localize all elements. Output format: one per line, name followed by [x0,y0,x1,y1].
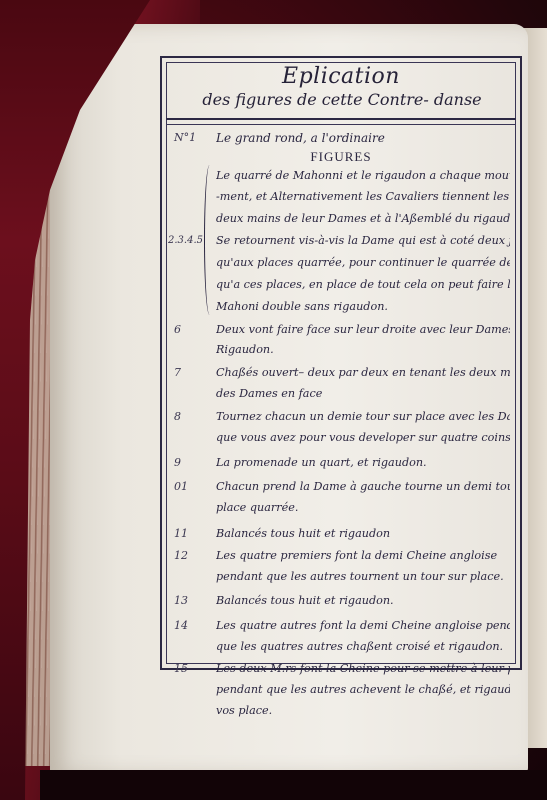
page-title: Eplication [166,64,516,89]
ruled-frame: Eplication des figures de cette Contre- … [160,56,522,670]
row-text: Les quatre premiers font la demi Cheine … [216,549,510,562]
row-number: 6 [174,323,210,336]
row-text: Chaßés ouvert– deux par deux en tenant l… [216,366,510,379]
row-number: 2.3.4.5 [168,235,204,246]
row-text: Chacun prend la Dame à gauche tourne un … [216,480,510,493]
title-cartouche: Eplication des figures de cette Contre- … [166,62,516,120]
row-text: Balancés tous huit et rigaudon [216,527,510,540]
row-number: N°1 [174,131,210,144]
brace-bracket [204,165,215,315]
page-subtitle: des figures de cette Contre- danse [176,90,508,109]
row-number: 7 [174,366,210,379]
row-number: 01 [174,480,210,493]
row-number: 12 [174,549,210,562]
row-text: Tournez chacun un demie tour sur place a… [216,410,510,423]
section-heading: FIGURES [166,149,516,165]
row-text: La promenade un quart, et rigaudon. [216,456,510,469]
row-number: 9 [174,456,210,469]
bottom-shadow [40,770,547,800]
row-text: Les deux M.rs font la Cheine pour se met… [216,662,510,675]
row-number: 15 [174,662,210,675]
row-number: 13 [174,594,210,607]
figures-list: N°1 Le grand rond, a l'ordinaire FIGURES… [166,124,516,664]
row-number: 8 [174,410,210,423]
row-number: 14 [174,619,210,632]
row-text: Balancés tous huit et rigaudon. [216,594,510,607]
row-text: Le grand rond, a l'ordinaire [216,131,510,145]
row-number: 11 [174,527,210,540]
row-text: Deux vont faire face sur leur droite ave… [216,323,510,336]
row-text: Les quatre autres font la demi Cheine an… [216,619,510,632]
